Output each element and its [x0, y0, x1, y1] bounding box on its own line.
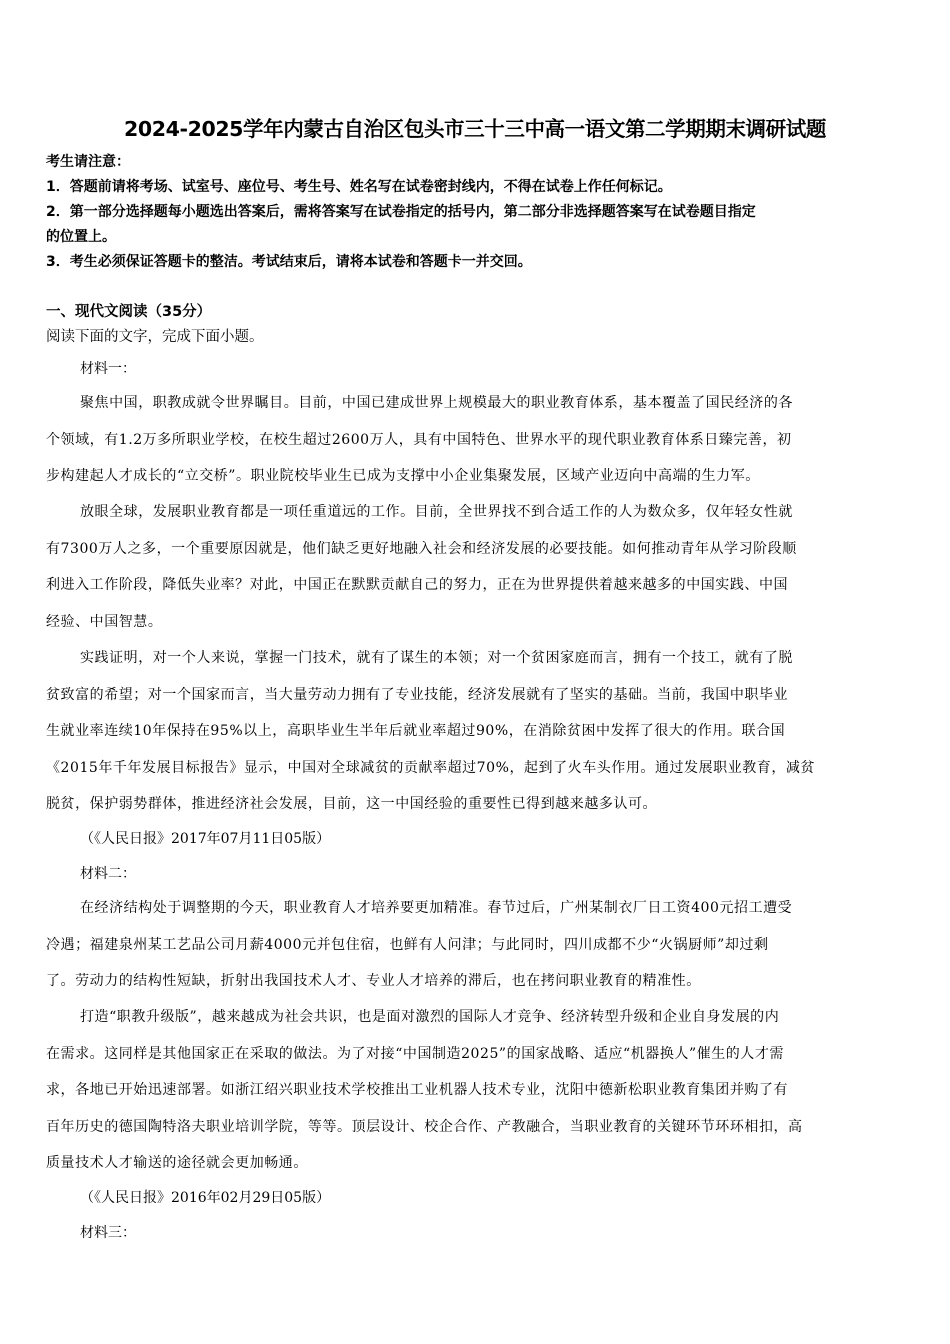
notice-item: 2．第一部分选择题每小题选出答案后，需将答案写在试卷指定的括号内，第二部分非选择… [46, 200, 904, 225]
material-1-source: （《人民日报》2017年07月11日05版） [80, 828, 330, 848]
text-line: 经验、中国智慧。 [46, 604, 904, 641]
text-line: 步构建起人才成长的“立交桥”。职业院校毕业生已成为支撑中小企业集聚发展，区域产业… [46, 458, 904, 495]
text-line: 有7300万人之多，一个重要原因就是，他们缺乏更好地融入社会和经济发展的必要技能… [46, 531, 904, 568]
text-line: 利进入工作阶段，降低失业率？对此，中国正在默默贡献自己的努力，正在为世界提供着越… [46, 567, 904, 604]
text-line: 质量技术人才输送的途径就会更加畅通。 [46, 1145, 904, 1182]
material-2-source: （《人民日报》2016年02月29日05版） [80, 1187, 330, 1207]
text-line: 百年历史的德国陶特洛夫职业培训学院，等等。顶层设计、校企合作、产教融合，当职业教… [46, 1109, 904, 1146]
text-line: 个领域，有1.2万多所职业学校，在校生超过2600万人，具有中国特色、世界水平的… [46, 422, 904, 459]
text-line: 聚焦中国，职教成就令世界瞩目。目前，中国已建成世界上规模最大的职业教育体系，基本… [46, 385, 904, 422]
text-line: 求，各地已开始迅速部署。如浙江绍兴职业技术学校推出工业机器人技术专业，沈阳中德新… [46, 1072, 904, 1109]
notice-item: 3．考生必须保证答题卡的整洁。考试结束后，请将本试卷和答题卡一并交回。 [46, 250, 904, 275]
text-line: 贫致富的希望；对一个国家而言，当大量劳动力拥有了专业技能，经济发展就有了坚实的基… [46, 677, 904, 714]
material-1-paragraph-3: 实践证明，对一个人来说，掌握一门技术，就有了谋生的本领；对一个贫困家庭而言，拥有… [46, 640, 904, 823]
exam-notice: 考生请注意： 1．答题前请将考场、试室号、座位号、考生号、姓名写在试卷密封线内，… [46, 150, 904, 275]
text-line: 生就业率连续10年保持在95%以上，高职毕业生半年后就业率超过90%，在消除贫困… [46, 713, 904, 750]
notice-heading: 考生请注意： [46, 150, 904, 175]
material-1-paragraph-2: 放眼全球，发展职业教育都是一项任重道远的工作。目前，全世界找不到合适工作的人为数… [46, 494, 904, 640]
page-title: 2024-2025学年内蒙古自治区包头市三十三中高一语文第二学期期末调研试题 [46, 112, 904, 142]
material-2-paragraph-1: 在经济结构处于调整期的今天，职业教育人才培养要更加精准。春节过后，广州某制衣厂日… [46, 890, 904, 1000]
text-line: 实践证明，对一个人来说，掌握一门技术，就有了谋生的本领；对一个贫困家庭而言，拥有… [46, 640, 904, 677]
notice-item: 的位置上。 [46, 225, 904, 250]
material-2-paragraph-2: 打造“职教升级版”，越来越成为社会共识，也是面对激烈的国际人才竞争、经济转型升级… [46, 999, 904, 1182]
text-line: 打造“职教升级版”，越来越成为社会共识，也是面对激烈的国际人才竞争、经济转型升级… [46, 999, 904, 1036]
text-line: 了。劳动力的结构性短缺，折射出我国技术人才、专业人才培养的滞后，也在拷问职业教育… [46, 963, 904, 1000]
text-line: 放眼全球，发展职业教育都是一项任重道远的工作。目前，全世界找不到合适工作的人为数… [46, 494, 904, 531]
text-line: 《2015年千年发展目标报告》显示，中国对全球减贫的贡献率超过70%，起到了火车… [46, 750, 904, 787]
material-1-paragraph-1: 聚焦中国，职教成就令世界瞩目。目前，中国已建成世界上规模最大的职业教育体系，基本… [46, 385, 904, 495]
notice-item: 1．答题前请将考场、试室号、座位号、考生号、姓名写在试卷密封线内，不得在试卷上作… [46, 175, 904, 200]
text-line: 脱贫，保护弱势群体，推进经济社会发展，目前，这一中国经验的重要性已得到越来越多认… [46, 786, 904, 823]
text-line: 在经济结构处于调整期的今天，职业教育人才培养要更加精准。春节过后，广州某制衣厂日… [46, 890, 904, 927]
text-line: 冷遇；福建泉州某工艺品公司月薪4000元并包住宿，也鲜有人问津；与此同时，四川成… [46, 927, 904, 964]
section-instruction: 阅读下面的文字，完成下面小题。 [46, 325, 264, 346]
material-1-label: 材料一： [80, 358, 136, 378]
text-line: 在需求。这同样是其他国家正在采取的做法。为了对接“中国制造2025”的国家战略、… [46, 1036, 904, 1073]
material-2-label: 材料二： [80, 863, 136, 883]
material-3-label: 材料三： [80, 1222, 136, 1242]
section-heading: 一、现代文阅读（35分） [46, 300, 211, 321]
